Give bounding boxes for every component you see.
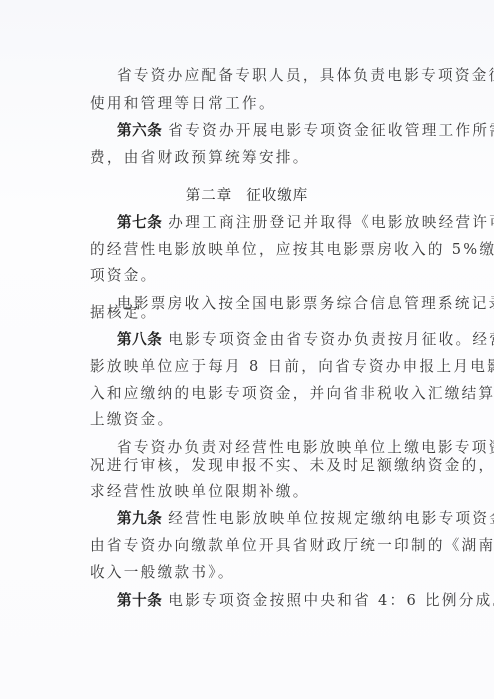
article-7-text: 办理工商注册登记并取得《电影放映经营许可证》 [168,214,494,231]
article-6-text: 省专资办开展电影专项资金征收管理工作所需经 [168,122,494,139]
article-8-line-4: 上缴资金。 [90,410,440,430]
article-8-label: 第八条 [117,331,162,348]
paragraph-staffing-line-1: 省专资办应配备专职人员，具体负责电影专项资金征收、 [117,66,467,86]
box-office-verify: 据核定。 [90,303,440,323]
article-7-line-2: 的经营性电影放映单位，应按其电影票房收入的 5%缴纳电影专 [90,240,440,260]
article-10-line-1: 第十条电影专项资金按照中央和省 4：6 比例分成。其中， [117,591,467,611]
article-8-line-3: 入和应缴纳的电影专项资金，并向省非税收入汇缴结算户足额 [90,384,440,404]
article-10-text: 电影专项资金按照中央和省 4：6 比例分成。其中， [168,592,494,609]
article-7-line-1: 第七条办理工商注册登记并取得《电影放映经营许可证》 [117,213,467,233]
chapter-title: 征收缴库 [246,188,308,204]
article-9-line-2: 由省专资办向缴款单位开具省财政厅统一印制的《湖南省非税 [90,536,440,556]
article-6-label: 第六条 [117,122,162,139]
chapter-heading: 第二章征收缴库 [0,186,494,206]
article-8-text: 电影专项资金由省专资办负责按月征收。经营性电 [168,331,494,348]
paragraph-review-line-1: 省专资办负责对经营性电影放映单位上缴电影专项资金情 [117,438,467,458]
article-9-text: 经营性电影放映单位按规定缴纳电影专项资金后， [168,510,494,527]
paragraph-staffing-line-2: 使用和管理等日常工作。 [90,94,440,114]
article-9-label: 第九条 [117,510,162,527]
article-7-label: 第七条 [117,214,162,231]
article-10-label: 第十条 [117,592,162,609]
article-9-line-1: 第九条经营性电影放映单位按规定缴纳电影专项资金后， [117,509,467,529]
chapter-number: 第二章 [186,188,233,204]
article-8-line-2: 影放映单位应于每月 8 日前，向省专资办申报上月电影票房收 [90,357,440,377]
article-6-line-1: 第六条省专资办开展电影专项资金征收管理工作所需经 [117,121,467,141]
article-8-line-1: 第八条电影专项资金由省专资办负责按月征收。经营性电 [117,330,467,350]
paragraph-review-line-2: 况进行审核，发现申报不实、未及时足额缴纳资金的，应当要 [90,456,440,476]
article-6-line-2: 费，由省财政预算统筹安排。 [90,148,440,168]
document-page: 省专资办应配备专职人员，具体负责电影专项资金征收、 使用和管理等日常工作。 第六… [0,0,494,699]
article-7-line-3: 项资金。 [90,266,440,286]
paragraph-review-line-3: 求经营性放映单位限期补缴。 [90,482,440,502]
article-9-line-3: 收入一般缴款书》。 [90,563,440,583]
